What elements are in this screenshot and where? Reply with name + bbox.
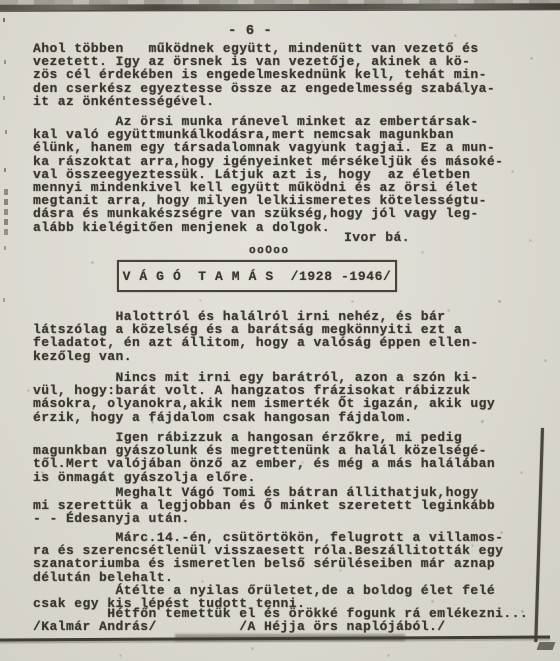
- memorial-paragraph-4: Meghalt Vágó Tomi és bátran állithatjuk,…: [33, 486, 495, 526]
- memorial-paragraph-2: Nincs mit irni egy barátról, azon a szón…: [33, 371, 495, 424]
- intro-paragraph-2: Az örsi munka ránevel minket az embertár…: [33, 115, 503, 234]
- scan-top-edge-band: [0, 3, 560, 11]
- memorial-paragraph-3: Igen rábizzuk a hangosan érzőkre, mi ped…: [33, 431, 495, 484]
- memorial-title-box: V Á G Ó T A M Á S /1928 -1946/: [117, 260, 397, 292]
- memorial-paragraph-5: Márc.14.-én, csütörtökön, felugrott a vi…: [33, 531, 503, 584]
- signature-ivor-ba: Ivor bá.: [344, 231, 410, 244]
- scan-right-paper-edge: [534, 428, 543, 642]
- memorial-title: V Á G Ó T A M Á S /1928 -1946/: [123, 269, 392, 284]
- scanned-document-page: - 6 - Ahol többen működnek együtt, minde…: [0, 0, 560, 661]
- intro-paragraph-1: Ahol többen működnek együtt, mindenütt v…: [33, 42, 495, 108]
- memorial-paragraph-1: Halottról és halálról irni nehéz, és bár…: [33, 310, 479, 363]
- scan-left-edge-marks: [3, 18, 5, 22]
- page-number: - 6 -: [228, 25, 272, 38]
- section-separator: ooOoo: [249, 245, 290, 258]
- memorial-paragraph-7-and-credits: Hétfőn temettük el és örökké fogunk rá e…: [33, 607, 528, 633]
- scan-bottom-right-mark: [537, 642, 556, 650]
- paper-speckle-noise: [0, 0, 1, 1]
